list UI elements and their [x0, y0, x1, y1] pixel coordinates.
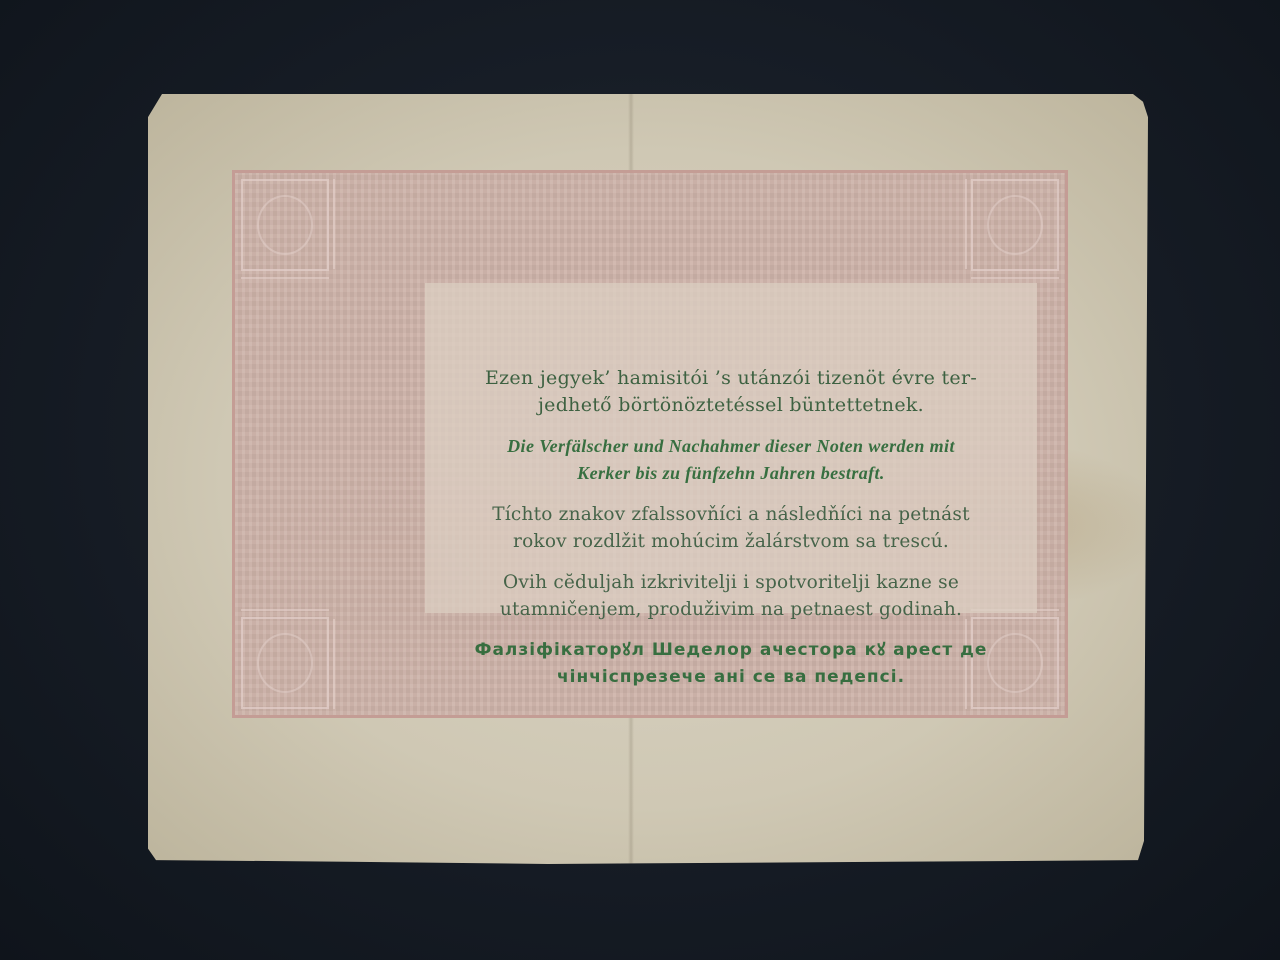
- warning-hungarian: Ezen jegyek’ hamisitói ’s utánzói tizenö…: [425, 365, 1037, 419]
- ornamental-frame: Ezen jegyek’ hamisitói ’s utánzói tizenö…: [232, 170, 1068, 718]
- warning-line: utamničenjem, produživim na petnaest god…: [425, 596, 1037, 623]
- warning-line: чінчіспрезече ані се ва педепсі.: [425, 664, 1037, 691]
- banknote: Ezen jegyek’ hamisitói ’s utánzói tizenö…: [148, 94, 1148, 864]
- warning-line: Die Verfälscher und Nachahmer dieser Not…: [425, 433, 1037, 460]
- corner-rosette-bottom-left: [241, 617, 329, 709]
- warning-slovak: Tíchto znakov zfalssovňíci a následňíci …: [425, 501, 1037, 555]
- warning-line: Ezen jegyek’ hamisitói ’s utánzói tizenö…: [425, 365, 1037, 392]
- warning-romanian-cyrillic: Фалзіфікаторꙋл Шеделор ачестора кꙋ арест…: [425, 637, 1037, 691]
- corner-rosette-top-right: [971, 179, 1059, 271]
- frame-band-left: [241, 277, 329, 611]
- warning-text-block: Ezen jegyek’ hamisitói ’s utánzói tizenö…: [425, 365, 1037, 705]
- warning-line: rokov rozdlžit mohúcim žalárstvom sa tre…: [425, 528, 1037, 555]
- warning-line: Kerker bis zu fünfzehn Jahren bestraft.: [425, 460, 1037, 487]
- warning-line: Фалзіфікаторꙋл Шеделор ачестора кꙋ арест…: [425, 637, 1037, 664]
- warning-line: jedhető börtönöztetéssel büntettetnek.: [425, 392, 1037, 419]
- warning-line: Tíchto znakov zfalssovňíci a následňíci …: [425, 501, 1037, 528]
- warning-german: Die Verfälscher und Nachahmer dieser Not…: [425, 433, 1037, 487]
- frame-band-top: [333, 179, 967, 269]
- corner-rosette-top-left: [241, 179, 329, 271]
- warning-line: Ovih cĕduljah izkrivitelji i spotvoritel…: [425, 569, 1037, 596]
- warning-croatian: Ovih cĕduljah izkrivitelji i spotvoritel…: [425, 569, 1037, 623]
